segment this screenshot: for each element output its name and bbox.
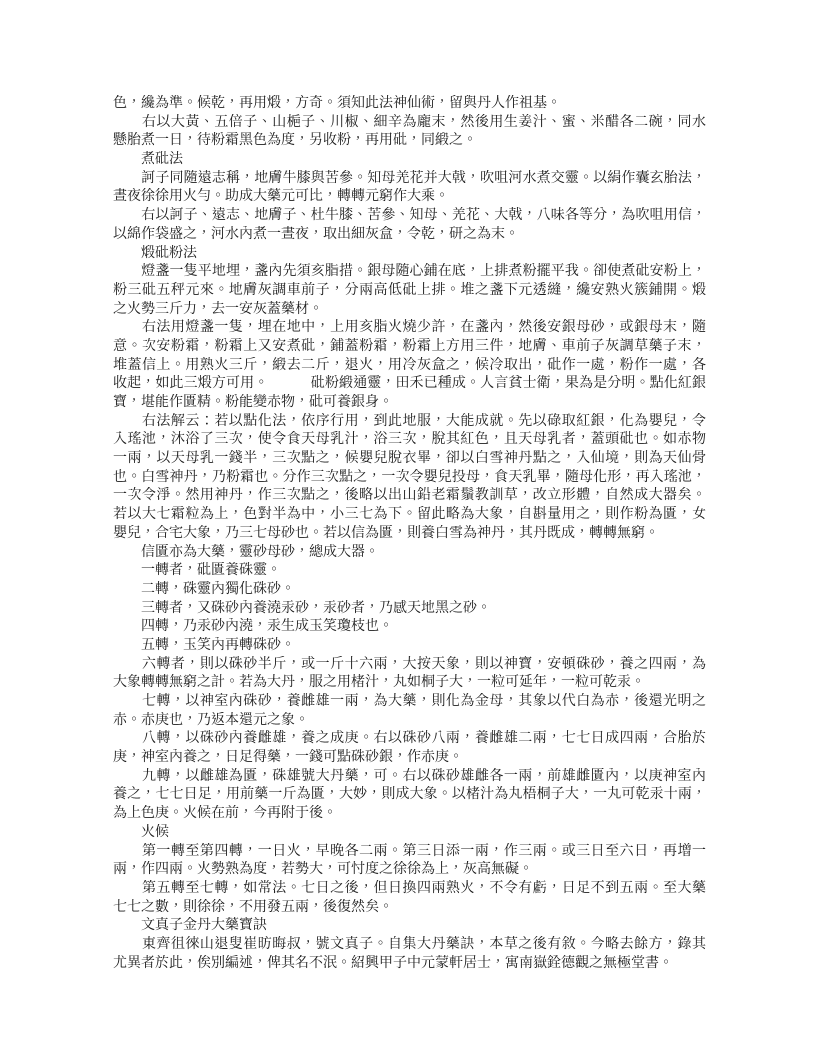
text-line: 寶，堪能作匱精。粉能變赤物，砒可養銀身。	[113, 394, 706, 413]
text-line: 右以訶子、遠志、地膚子、杜牛膝、苦參、知母、羌花、大戟，八味各等分，為吹咀用信，	[113, 207, 706, 226]
text-line: 右以大黃、五倍子、山梔子、川椒、細辛為龐末，然後用生姜汁、蜜、米醋各二碗，同水	[113, 114, 706, 133]
text-line: 右法解云：若以點化法，依序行用，到此地服，大能成就。先以碌取紅銀，化為嬰兒，令	[113, 413, 706, 432]
text-line: 晝夜徐徐用火勻。助成大藥元可比，轉轉元窮作大乘。	[113, 188, 706, 207]
text-line: 右法用燈盞一隻，埋在地中，上用亥脂火燒少許，在盞內，然後安銀母砂，或銀母末，隨	[113, 319, 706, 338]
text-line: 嬰兒，合宅大象，乃三七母砂也。若以信為匱，則養白雪為神丹，其丹既成，轉轉無窮。	[113, 525, 706, 544]
text-line: 八轉，以硃砂內養雌雄，養之成庚。右以硃砂八兩，養雌雄二兩，七七日成四兩，合胎於	[113, 730, 706, 749]
document-page: 色，纔為準。候乾，再用煅，方奇。須知此法神仙術，留與丹人作祖基。 右以大黃、五倍…	[0, 0, 816, 1056]
text-line: 堆蓋信上。用熟火三斤，緞去二斤，退火，用冷灰盒之，候冷取出，砒作一處，粉作一處，…	[113, 357, 706, 376]
text-line: 訶子同隨遠志稱，地膚牛膝與苦參。知母羌花并大戟，吹咀河水煮交靈。以絹作囊玄胎法，	[113, 170, 706, 189]
text-column: 色，纔為準。候乾，再用煅，方奇。須知此法神仙術，留與丹人作祖基。 右以大黃、五倍…	[113, 95, 706, 973]
text-line: 第一轉至第四轉，一日火，早晚各二兩。第三日添一兩，作三兩。或三日至六日，再增一	[113, 843, 706, 862]
text-line: 也。白雪神丹，乃粉霜也。分作三次點之，一次令嬰兒投母，食天乳畢，隨母化形，再入瑤…	[113, 469, 706, 488]
text-line: 煮砒法	[113, 151, 706, 170]
text-line: 庚，神室內養之，日足得藥，一錢可點硃砂銀，作赤庚。	[113, 749, 706, 768]
text-line: 火候	[113, 824, 706, 843]
text-line: 若以大七霜粒為上，色對半為中，小三七為下。留此略為大象，自斟量用之，則作粉為匱，…	[113, 506, 706, 525]
text-line: 之火勢三斤力，去一安灰蓋藥材。	[113, 301, 706, 320]
text-line: 赤。赤庚也，乃返本還元之象。	[113, 712, 706, 731]
text-line: 懸胎煮一日，待粉霜黑色為度，另收粉，再用砒，同緞之。	[113, 132, 706, 151]
text-line: 九轉，以雌雄為匱，硃雄號大丹藥，可。右以硃砂雄雌各一兩，前雄雌匱內，以庚神室內	[113, 768, 706, 787]
text-line: 尤異者於此，俟別編述，俾其名不泯。紹興甲子中元蒙軒居士，寓南嶽銓德觀之無極堂書。	[113, 955, 706, 974]
text-line: 七轉，以神室內硃砂，養雌雄一兩，為大藥，則化為金母，其象以代白為赤，後還光明之	[113, 693, 706, 712]
text-line: 色，纔為準。候乾，再用煅，方奇。須知此法神仙術，留與丹人作祖基。	[113, 95, 706, 114]
text-line: 第五轉至七轉，如常法。七日之後，但日換四兩熟火，不令有虧，日足不到五兩。至大藥	[113, 880, 706, 899]
text-line: 入瑤池，沐浴了三次，使令食天母乳汁，浴三次，脫其紅色，且天母乳者，蓋頭砒也。如赤…	[113, 431, 706, 450]
text-line: 六轉者，則以硃砂半斤，或一斤十六兩，大按天象，則以神寶，安頓硃砂，養之四兩，為	[113, 656, 706, 675]
text-line: 粉三砒五秤元來。地膚灰調車前子，分兩高低砒上排。堆之盞下元透縫，纔安熟火簇鋪開。…	[113, 282, 706, 301]
text-line: 五轉，玉笑內再轉硃砂。	[113, 637, 706, 656]
text-line: 收起，如此三煅方可用。 砒粉緞通靈，田禾已種成。人言貧士衛，果為是分明。點化紅銀	[113, 375, 706, 394]
text-line: 兩，作四兩。火勢熟為度，若勢大，可忖度之徐徐為上，灰高無礙。	[113, 861, 706, 880]
text-line: 一兩，以天母乳一錢半，三次點之，候嬰兒脫衣畢，卻以白雪神丹點之，入仙境，則為天仙…	[113, 450, 706, 469]
text-line: 意。次安粉霜，粉霜上又安煮砒，鋪蓋粉霜，粉霜上方用三件，地膚、車前子灰調草藥子末…	[113, 338, 706, 357]
text-line: 燈盞一隻平地埋，盞內先須亥脂措。銀母隨心鋪在底，上排煮粉擺平我。卻使煮砒安粉上，	[113, 263, 706, 282]
text-line: 一次令淨。然用神丹，作三次點之，後略以出山鉛老霜鬚教訓草，改立形體，自然成大器矣…	[113, 487, 706, 506]
text-line: 四轉，乃汞砂內澆，汞生成玉笑瓊枝也。	[113, 618, 706, 637]
text-line: 文真子金丹大藥寶訣	[113, 917, 706, 936]
text-line: 信匱亦為大藥，靈砂母砂，總成大器。	[113, 544, 706, 563]
text-line: 為上色庚。火候在前，今再附于後。	[113, 805, 706, 824]
text-line: 七七之數，則徐徐，不用發五兩，後復然矣。	[113, 899, 706, 918]
text-line: 一轉者，砒匱養硃靈。	[113, 562, 706, 581]
text-line: 大象轉轉無窮之計。若為大丹，服之用楮汁，丸如桐子大，一粒可延年，一粒可乾汞。	[113, 674, 706, 693]
text-line: 以綿作袋盛之，河水內煮一晝夜，取出細灰盒，令乾，研之為末。	[113, 226, 706, 245]
text-line: 二轉，硃靈內獨化硃砂。	[113, 581, 706, 600]
text-line: 三轉者，又硃砂內養澆汞砂，汞砂者，乃感天地黑之砂。	[113, 600, 706, 619]
text-line: 煅砒粉法	[113, 245, 706, 264]
text-line: 東齊徂徠山退叟崔昉晦叔，號文真子。自集大丹藥訣，本草之後有敘。今略去餘方，錄其	[113, 936, 706, 955]
text-line: 養之，七七日足，用前藥一斤為匱，大妙，則成大象。以楮汁為丸梧桐子大，一丸可乾汞十…	[113, 786, 706, 805]
